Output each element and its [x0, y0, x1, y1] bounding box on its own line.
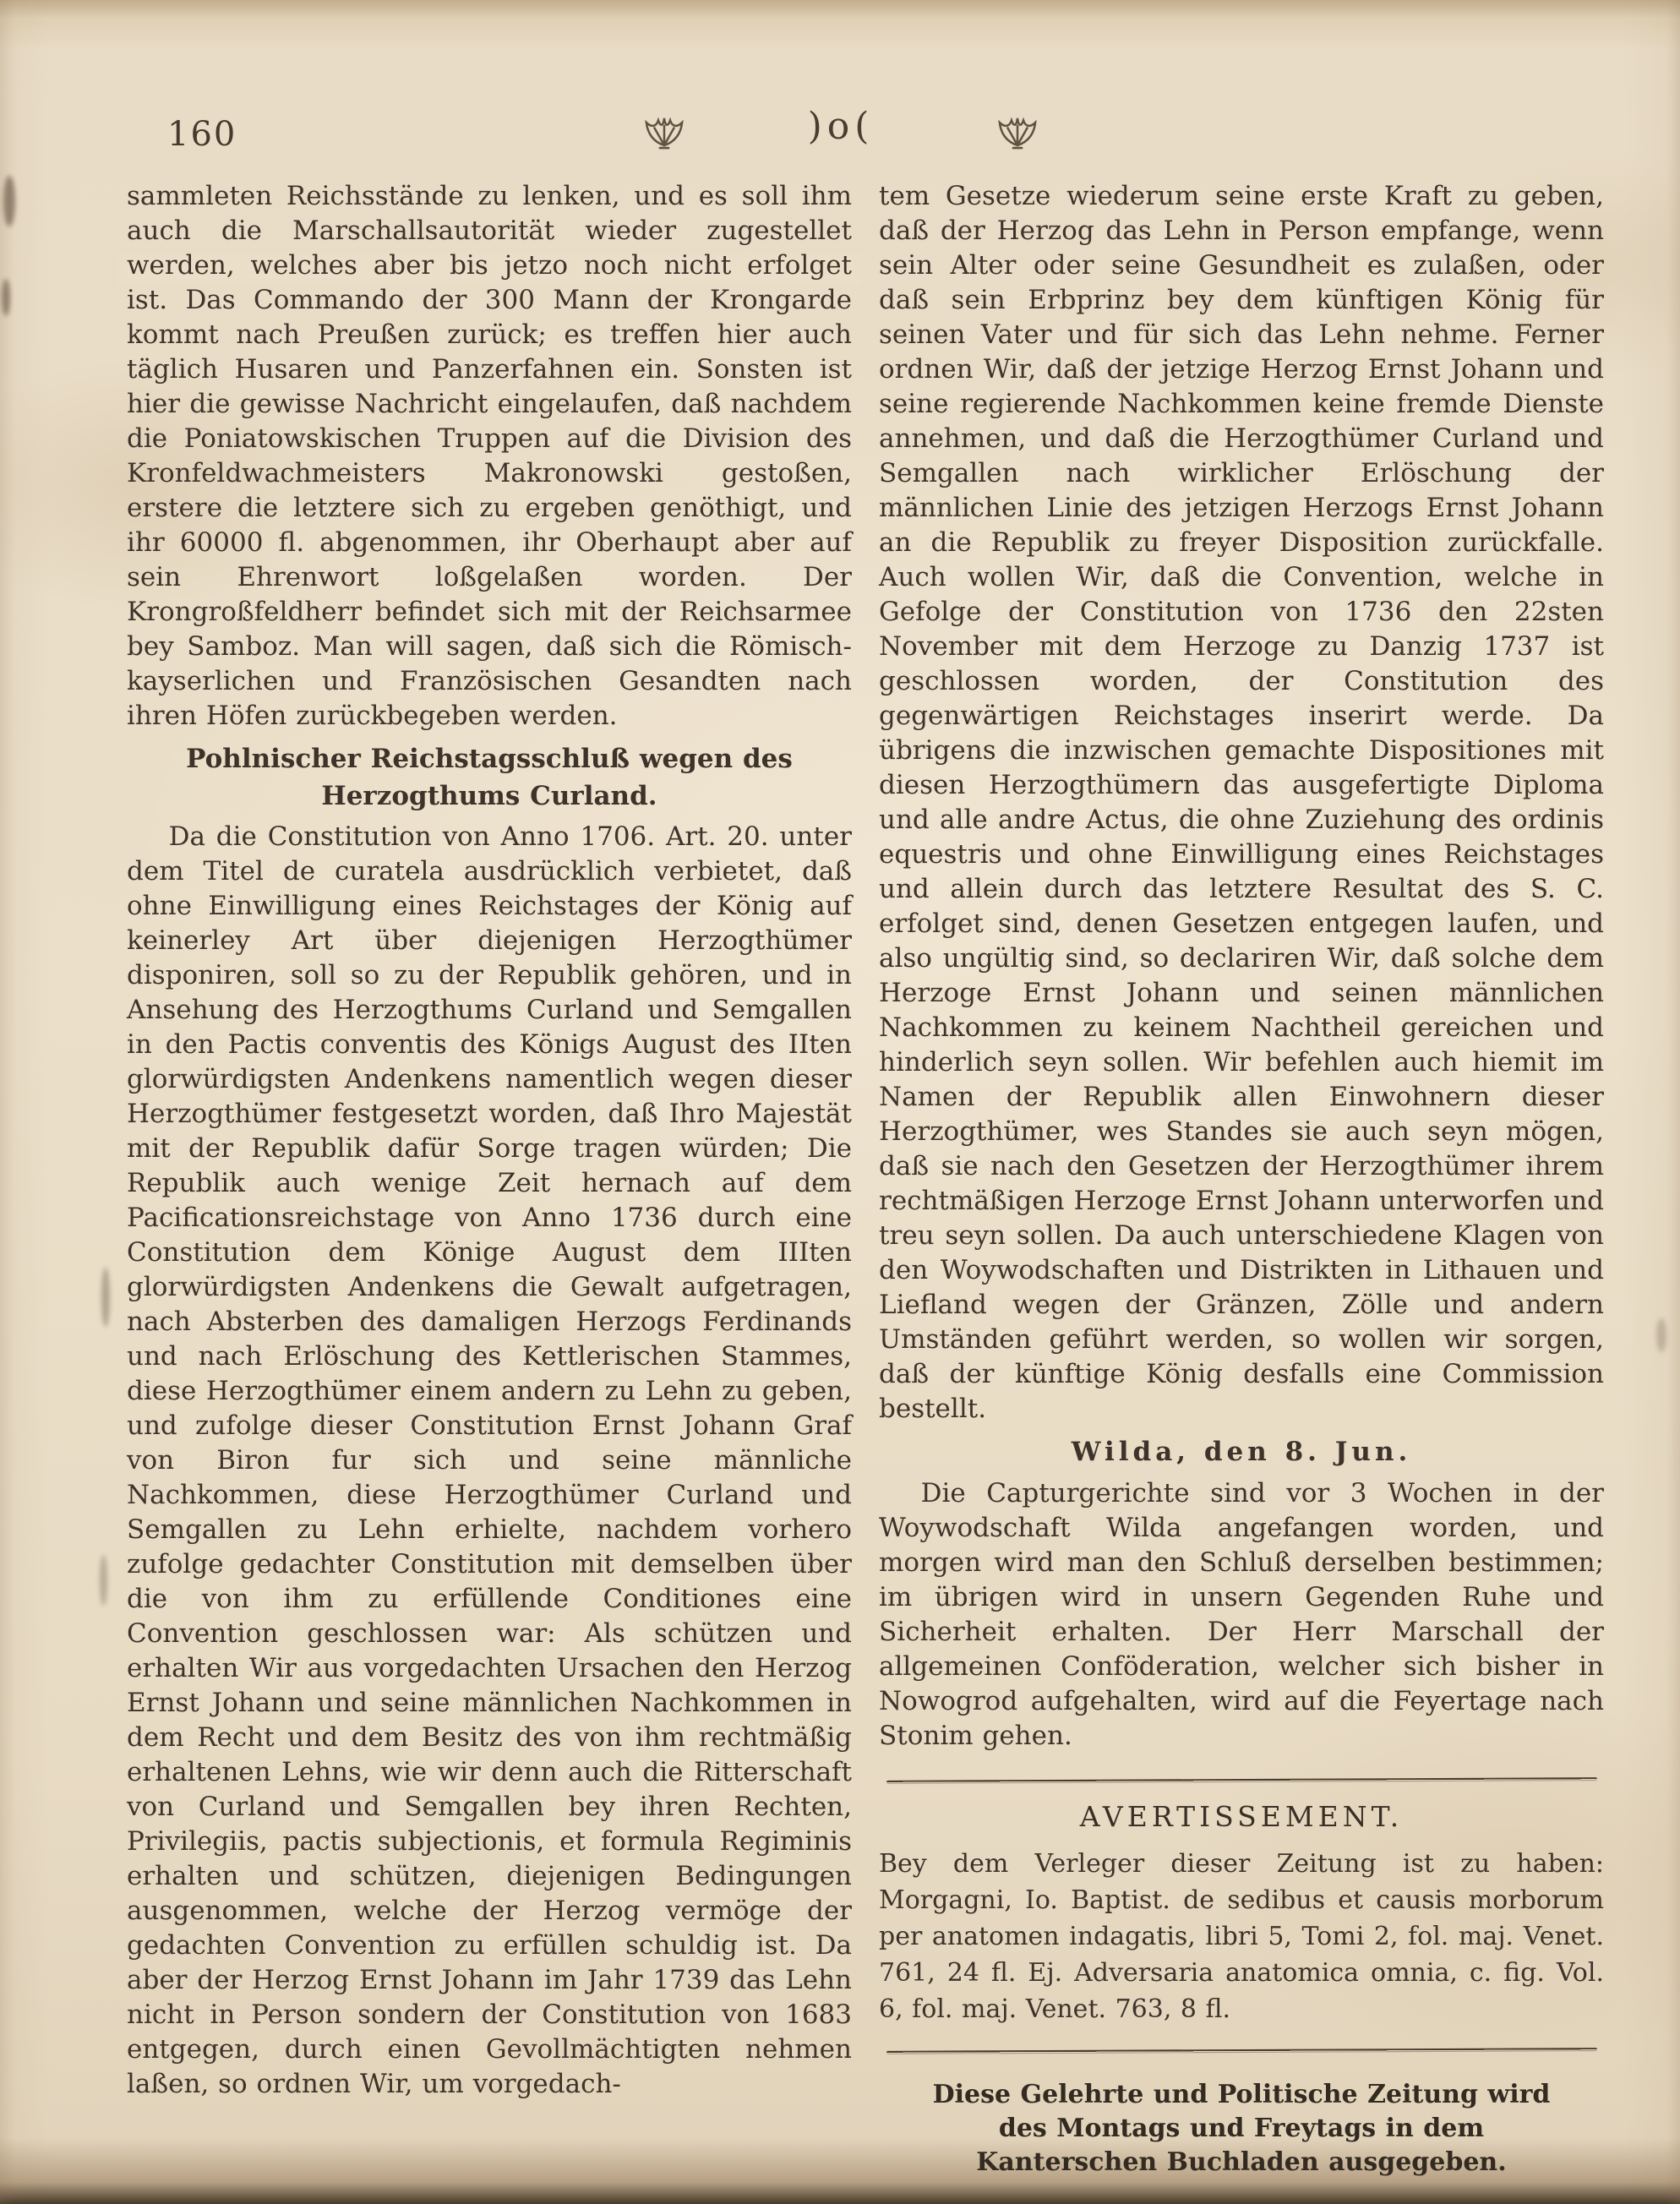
section-heading: Pohlnischer Reichstagsschluß wegen des H…	[127, 740, 852, 815]
margin-smudge	[2, 279, 10, 316]
horizontal-rule	[886, 2048, 1597, 2054]
section-heading-line2: Herzogthums Curland.	[127, 777, 852, 815]
margin-smudge	[1656, 1318, 1666, 1352]
shell-ornament-icon	[995, 111, 1039, 150]
avertissement-intro: Bey dem Verleger dieser Zeitung ist zu h…	[879, 1849, 1604, 1879]
newspaper-page: 160 )o( sammleten Reichsstände zu lenken…	[0, 0, 1680, 2204]
section-heading-line1: Pohlnischer Reichstagsschluß wegen des	[127, 740, 852, 777]
left-column: sammleten Reichsstände zu lenken, und es…	[127, 179, 852, 2102]
margin-smudge	[101, 1268, 110, 1327]
decree-paragraph-continued: tem Gesetze wiederum seine erste Kraft z…	[879, 179, 1604, 1427]
margin-smudge	[100, 1555, 107, 1606]
margin-smudge	[3, 176, 15, 226]
header-ornaments: )o(	[642, 108, 1039, 151]
horizontal-rule	[886, 1777, 1597, 1784]
imprint-notice: Diese Gelehrte und Politische Zeitung wi…	[908, 2078, 1574, 2179]
news-paragraph-wilda: Die Capturgerichte sind vor 3 Wochen in …	[879, 1476, 1604, 1754]
shell-ornament-icon	[642, 111, 686, 150]
header-separator: )o(	[808, 105, 875, 148]
news-paragraph: sammleten Reichsstände zu lenken, und es…	[127, 179, 852, 734]
avertissement-paragraph: Bey dem Verleger dieser Zeitung ist zu h…	[879, 1846, 1604, 2027]
page-number: 160	[167, 115, 237, 154]
dateline: Wilda, den 8. Jun.	[879, 1435, 1604, 1470]
avertissement-booklist: Morgagni, Io. Baptist. de sedibus et cau…	[879, 1885, 1604, 2024]
avertissement-heading: AVERTISSEMENT.	[879, 1799, 1604, 1834]
right-column: tem Gesetze wiederum seine erste Kraft z…	[879, 179, 1604, 2179]
decree-paragraph: Da die Constitution von Anno 1706. Art. …	[127, 820, 852, 2102]
